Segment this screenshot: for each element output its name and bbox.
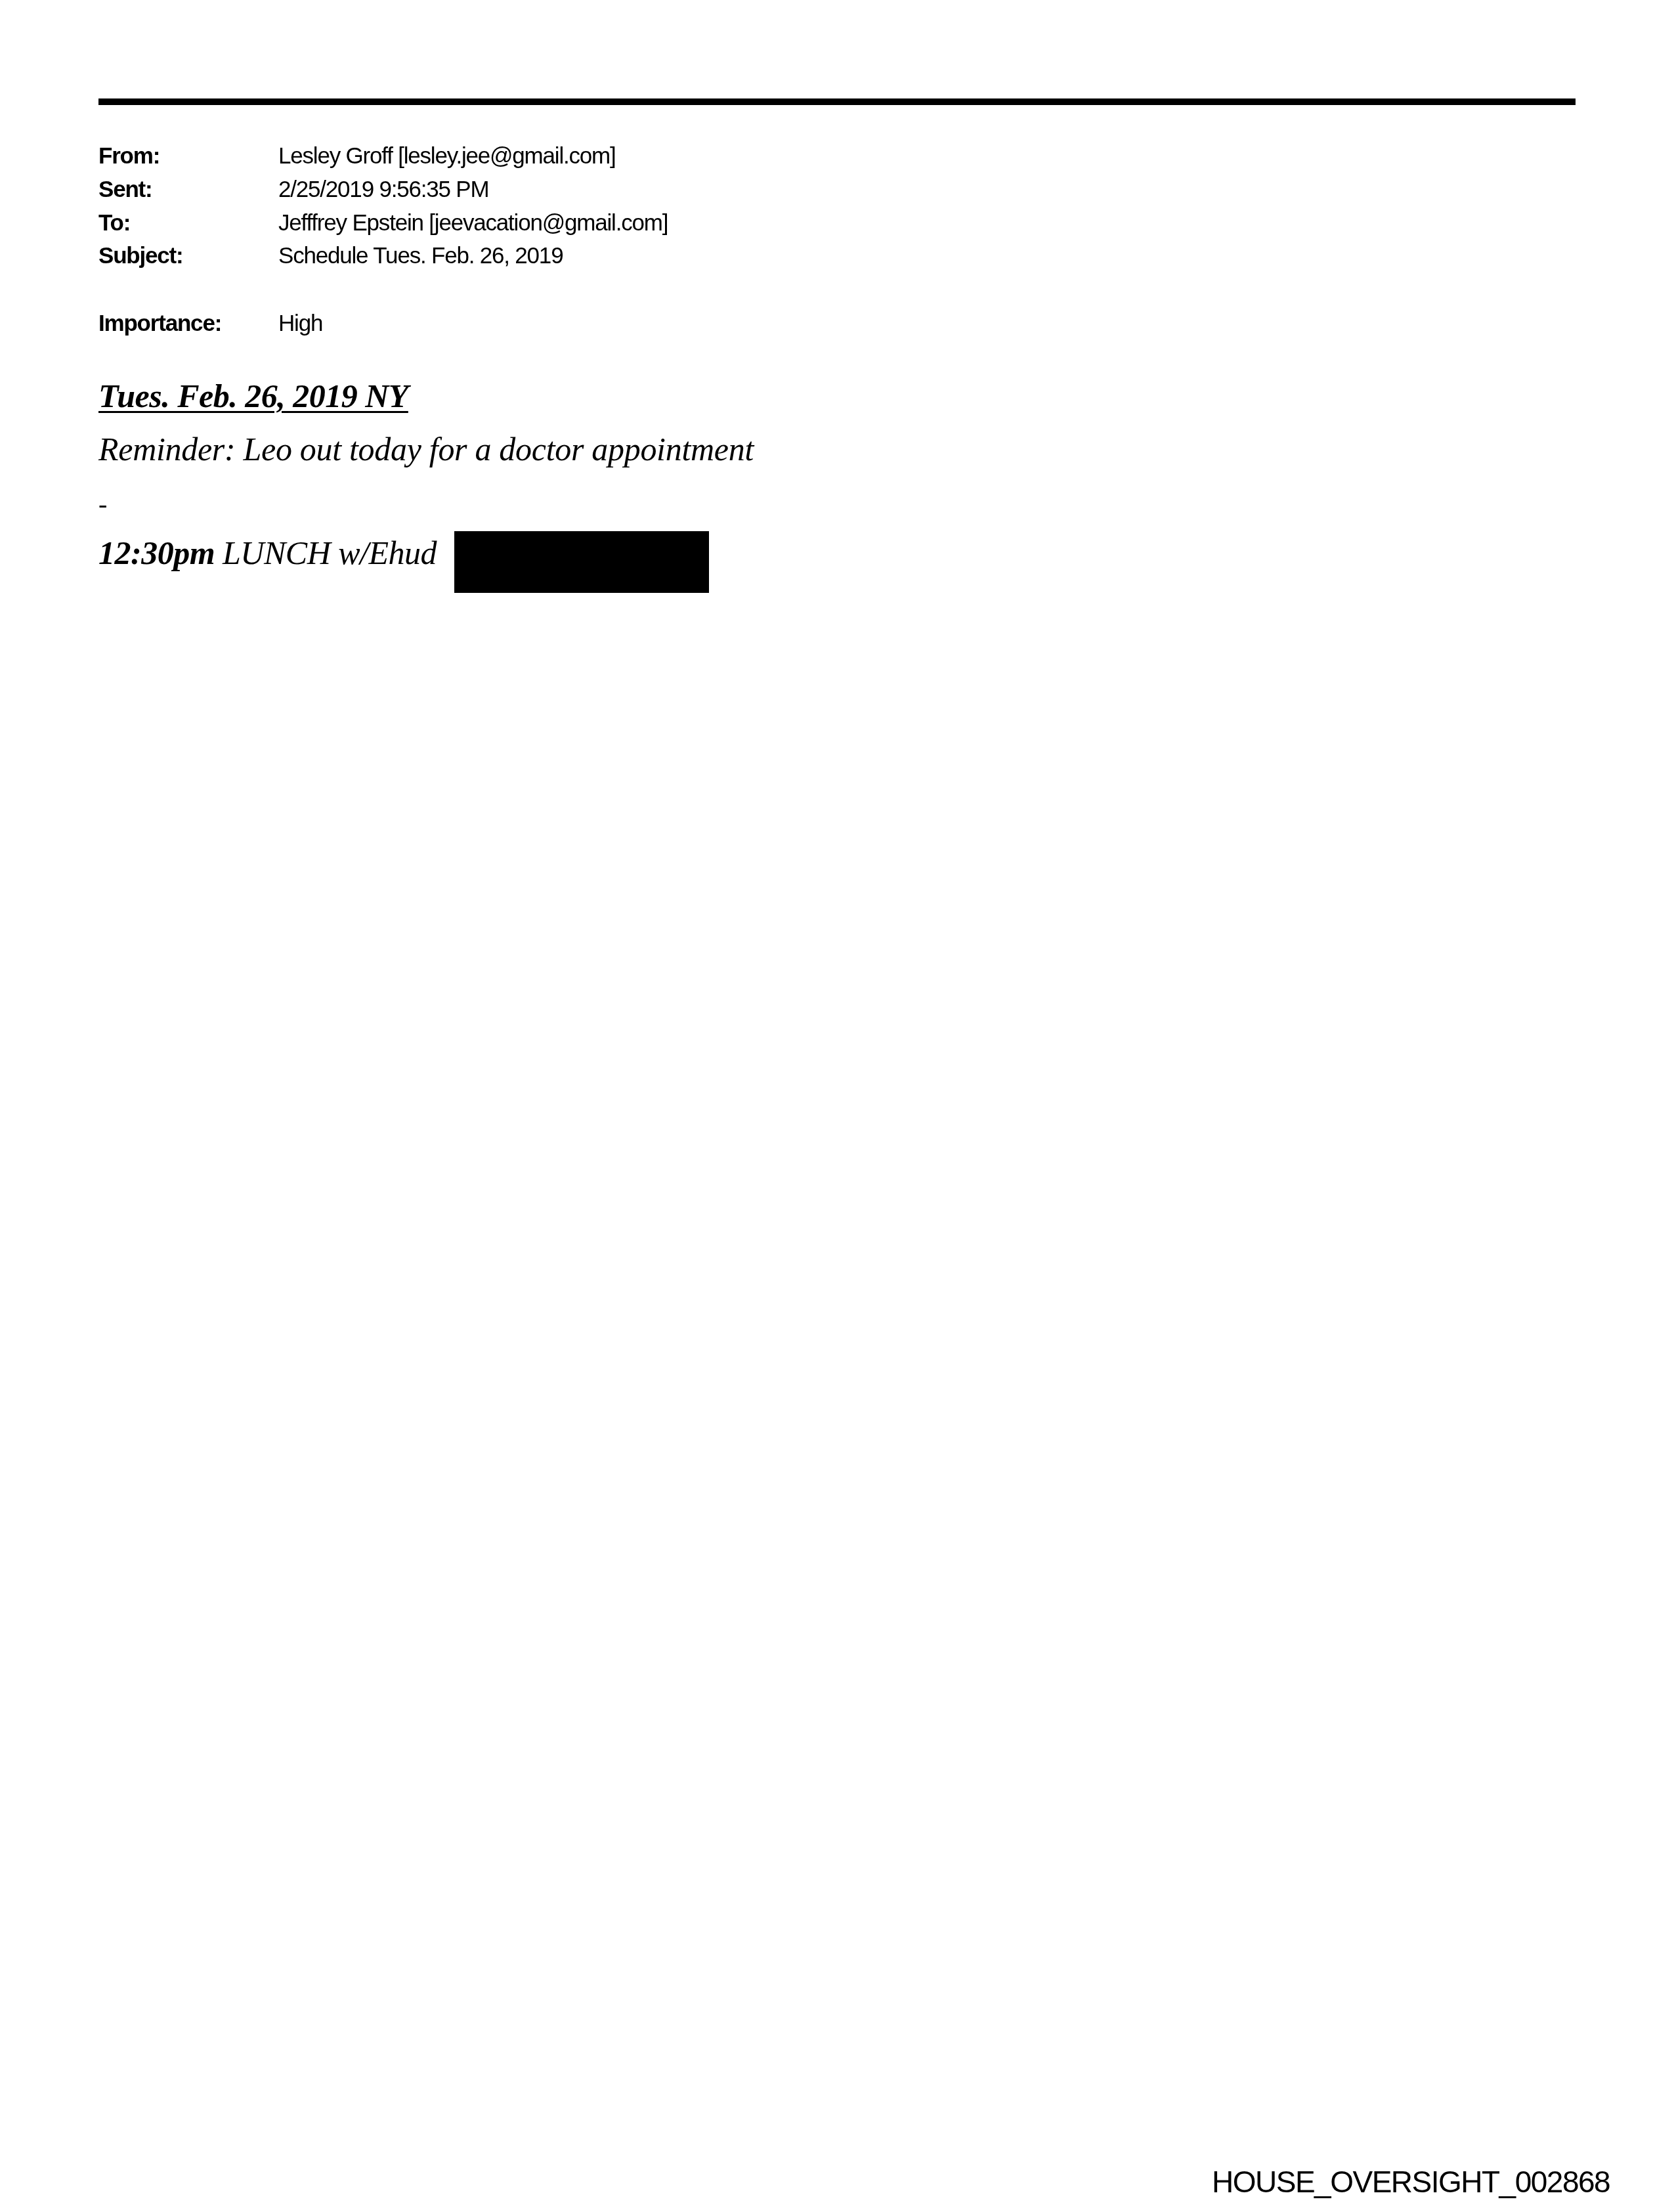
bates-number: HOUSE_OVERSIGHT_002868 (1212, 2167, 1610, 2197)
subject-value: Schedule Tues. Feb. 26, 2019 (278, 244, 563, 267)
subject-label: Subject: (98, 244, 182, 267)
to-label: To: (98, 211, 130, 234)
sent-value: 2/25/2019 9:56:35 PM (278, 178, 488, 201)
from-label: From: (98, 144, 160, 167)
importance-label: Importance: (98, 312, 221, 335)
schedule-item: 12:30pm LUNCH w/Ehud (98, 536, 437, 569)
schedule-item-description: LUNCH w/Ehud (223, 534, 437, 571)
reminder-note: Reminder: Leo out today for a doctor app… (98, 433, 754, 466)
sent-label: Sent: (98, 178, 152, 201)
schedule-date-heading: Tues. Feb. 26, 2019 NY (98, 380, 408, 412)
schedule-item-time: 12:30pm (98, 534, 215, 571)
header-divider-rule (98, 98, 1576, 105)
to-value: Jefffrey Epstein [jeevacation@gmail.com] (278, 211, 668, 234)
from-value: Lesley Groff [lesley.jee@gmail.com] (278, 144, 616, 167)
redaction-block (454, 531, 709, 593)
importance-value: High (278, 312, 322, 335)
separator-dash: - (98, 491, 107, 517)
